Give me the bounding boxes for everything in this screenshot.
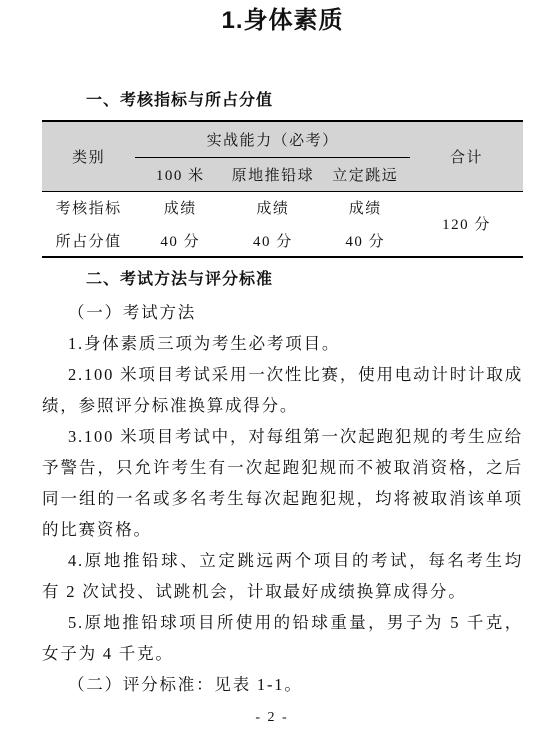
para-item-1: 1.身体素质三项为考生必考项目。: [42, 328, 523, 359]
cell-score-long-jump: 40 分: [320, 224, 409, 257]
para-item-2: 2.100 米项目考试采用一次性比赛，使用电动计时计取成绩，参照评分标准换算成得…: [42, 359, 523, 421]
cell-indicator-shot-put: 成绩: [225, 191, 320, 224]
table-row: 类别 实战能力（必考） 合计: [42, 121, 523, 157]
table-header-total: 合计: [410, 121, 523, 191]
row-label-assessment-indicator: 考核指标: [42, 191, 135, 224]
table-header-practical-ability-group: 实战能力（必考）: [135, 121, 410, 157]
para-scoring-standard-subheading: （二）评分标准：见表 1-1。: [42, 669, 523, 700]
table-subheader-100m: 100 米: [135, 157, 225, 191]
table-row: 考核指标 成绩 成绩 成绩 120 分: [42, 191, 523, 224]
cell-score-shot-put: 40 分: [225, 224, 320, 257]
score-table-body: 考核指标 成绩 成绩 成绩 120 分 所占分值 40 分 40 分 40 分: [42, 191, 523, 257]
table-header-category: 类别: [42, 121, 135, 191]
cell-total-score: 120 分: [410, 191, 523, 257]
page-number: - 2 -: [0, 710, 544, 726]
cell-score-100m: 40 分: [135, 224, 225, 257]
section-heading-test-methods: 二、考试方法与评分标准: [42, 269, 523, 291]
test-methods-text: （一）考试方法 1.身体素质三项为考生必考项目。 2.100 米项目考试采用一次…: [42, 297, 523, 700]
score-table-header: 类别 实战能力（必考） 合计 100 米 原地推铅球 立定跳远: [42, 121, 523, 191]
page-content: 1.身体素质 一、考核指标与所占分值 类别 实战能力（必考） 合计 100 米 …: [0, 0, 544, 700]
row-label-score-share: 所占分值: [42, 224, 135, 257]
para-test-method-subheading: （一）考试方法: [42, 297, 523, 328]
para-item-4: 4.原地推铅球、立定跳远两个项目的考试，每名考生均有 2 次试投、试跳机会，计取…: [42, 545, 523, 607]
score-table: 类别 实战能力（必考） 合计 100 米 原地推铅球 立定跳远 考核指标 成绩 …: [42, 120, 523, 258]
section-heading-assessment-indicators: 一、考核指标与所占分值: [42, 90, 523, 112]
cell-indicator-long-jump: 成绩: [320, 191, 409, 224]
table-subheader-shot-put: 原地推铅球: [225, 157, 320, 191]
page-title: 1.身体素质: [42, 4, 523, 38]
cell-indicator-100m: 成绩: [135, 191, 225, 224]
document-page: 1.身体素质 一、考核指标与所占分值 类别 实战能力（必考） 合计 100 米 …: [0, 0, 544, 743]
para-item-5: 5.原地推铅球项目所使用的铅球重量，男子为 5 千克，女子为 4 千克。: [42, 607, 523, 669]
para-item-3: 3.100 米项目考试中，对每组第一次起跑犯规的考生应给予警告，只允许考生有一次…: [42, 421, 523, 545]
table-subheader-standing-long-jump: 立定跳远: [320, 157, 409, 191]
